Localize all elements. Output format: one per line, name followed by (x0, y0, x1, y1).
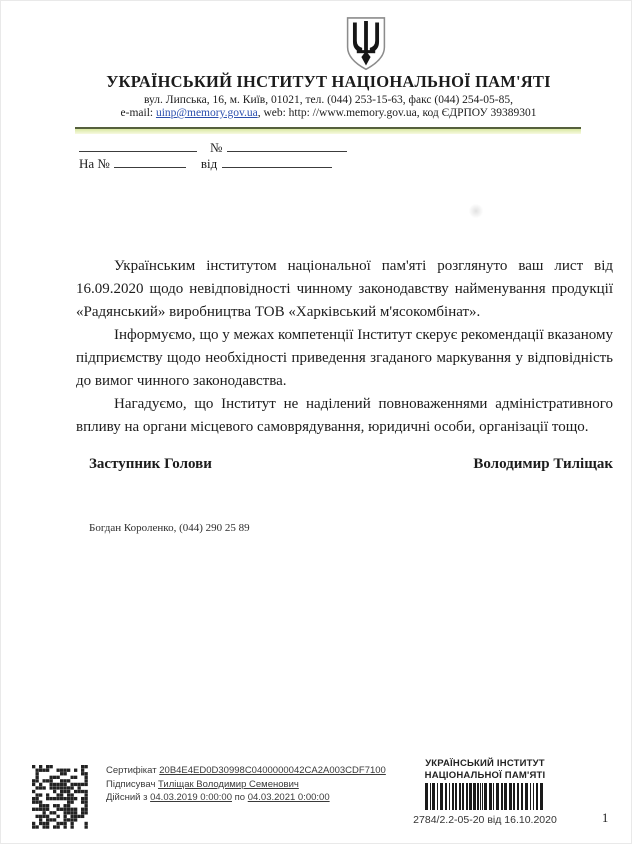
page-number: 1 (602, 811, 608, 826)
stamp-org-line1: УКРАЇНСЬКИЙ ІНСТИТУТ (403, 758, 567, 770)
valid-from-value: 04.03.2019 0:00:00 (150, 792, 232, 803)
signer-name: Володимир Тиліщак (473, 456, 613, 473)
incoming-date-blank (222, 155, 332, 168)
incoming-reference-row: На №від (79, 155, 347, 171)
certificate-label: Сертифікат (106, 765, 157, 776)
validity-to-label: по (235, 792, 245, 803)
registration-number: 2784/2.2-05-20 від 16.10.2020 (403, 814, 567, 826)
certificate-line: Сертифікат 20B4E4ED0D30998C0400000042CA2… (106, 764, 386, 778)
org-title: УКРАЇНСЬКИЙ ІНСТИТУТ НАЦІОНАЛЬНОЇ ПАМ'ЯТ… (76, 72, 581, 92)
scan-artifact (468, 203, 484, 219)
signer-label: Підписувач (106, 779, 155, 790)
email-label: e-mail: (121, 107, 154, 119)
letter-paragraph-2: Інформуємо, що у межах компетенції Інсти… (76, 324, 613, 393)
separator-rule (75, 127, 581, 134)
email-rest: , web: http: //www.memory.gov.ua, код ЄД… (258, 107, 537, 119)
outgoing-date-blank (227, 139, 347, 152)
barcode (424, 783, 546, 810)
qr-code (32, 765, 88, 829)
scanned-letter-page: УКРАЇНСЬКИЙ ІНСТИТУТ НАЦІОНАЛЬНОЇ ПАМ'ЯТ… (0, 0, 632, 844)
ukraine-trident-emblem (343, 16, 389, 72)
outgoing-reference-row: № (79, 139, 347, 155)
digital-signature-block: Сертифікат 20B4E4ED0D30998C0400000042CA2… (106, 764, 386, 805)
registration-stamp: УКРАЇНСЬКИЙ ІНСТИТУТ НАЦІОНАЛЬНОЇ ПАМ'ЯТ… (403, 758, 567, 826)
incoming-number-label: На № (79, 156, 110, 171)
signature-row: Заступник Голови Володимир Тиліщак (76, 456, 613, 473)
reference-block: № На №від (79, 139, 347, 171)
letter-body: Українським інститутом національної пам'… (76, 255, 613, 439)
number-label: № (210, 140, 222, 155)
signer-value: Тиліщак Володимир Семенович (158, 779, 299, 790)
signer-line: Підписувач Тиліщак Володимир Семенович (106, 778, 386, 792)
valid-to-value: 04.03.2021 0:00:00 (248, 792, 330, 803)
validity-line: Дійсний з 04.03.2019 0:00:00 по 04.03.20… (106, 791, 386, 805)
org-contact-line: e-mail: uinp@memory.gov.ua, web: http: /… (61, 107, 596, 119)
signer-position: Заступник Голови (76, 456, 212, 473)
stamp-org-line2: НАЦІОНАЛЬНОЇ ПАМ'ЯТІ (403, 770, 567, 782)
incoming-date-label: від (201, 156, 217, 171)
executor-contact: Богдан Короленко, (044) 290 25 89 (89, 522, 250, 534)
certificate-value: 20B4E4ED0D30998C0400000042CA2A003CDF7100 (159, 765, 386, 776)
incoming-number-blank (114, 155, 186, 168)
email-link[interactable]: uinp@memory.gov.ua (156, 107, 258, 119)
validity-label: Дійсний з (106, 792, 147, 803)
letter-paragraph-3: Нагадуємо, що Інститут не наділений повн… (76, 393, 613, 439)
org-address-line: вул. Липська, 16, м. Київ, 01021, тел. (… (61, 94, 596, 106)
outgoing-number-blank (79, 139, 197, 152)
letter-paragraph-1: Українським інститутом національної пам'… (76, 255, 613, 324)
